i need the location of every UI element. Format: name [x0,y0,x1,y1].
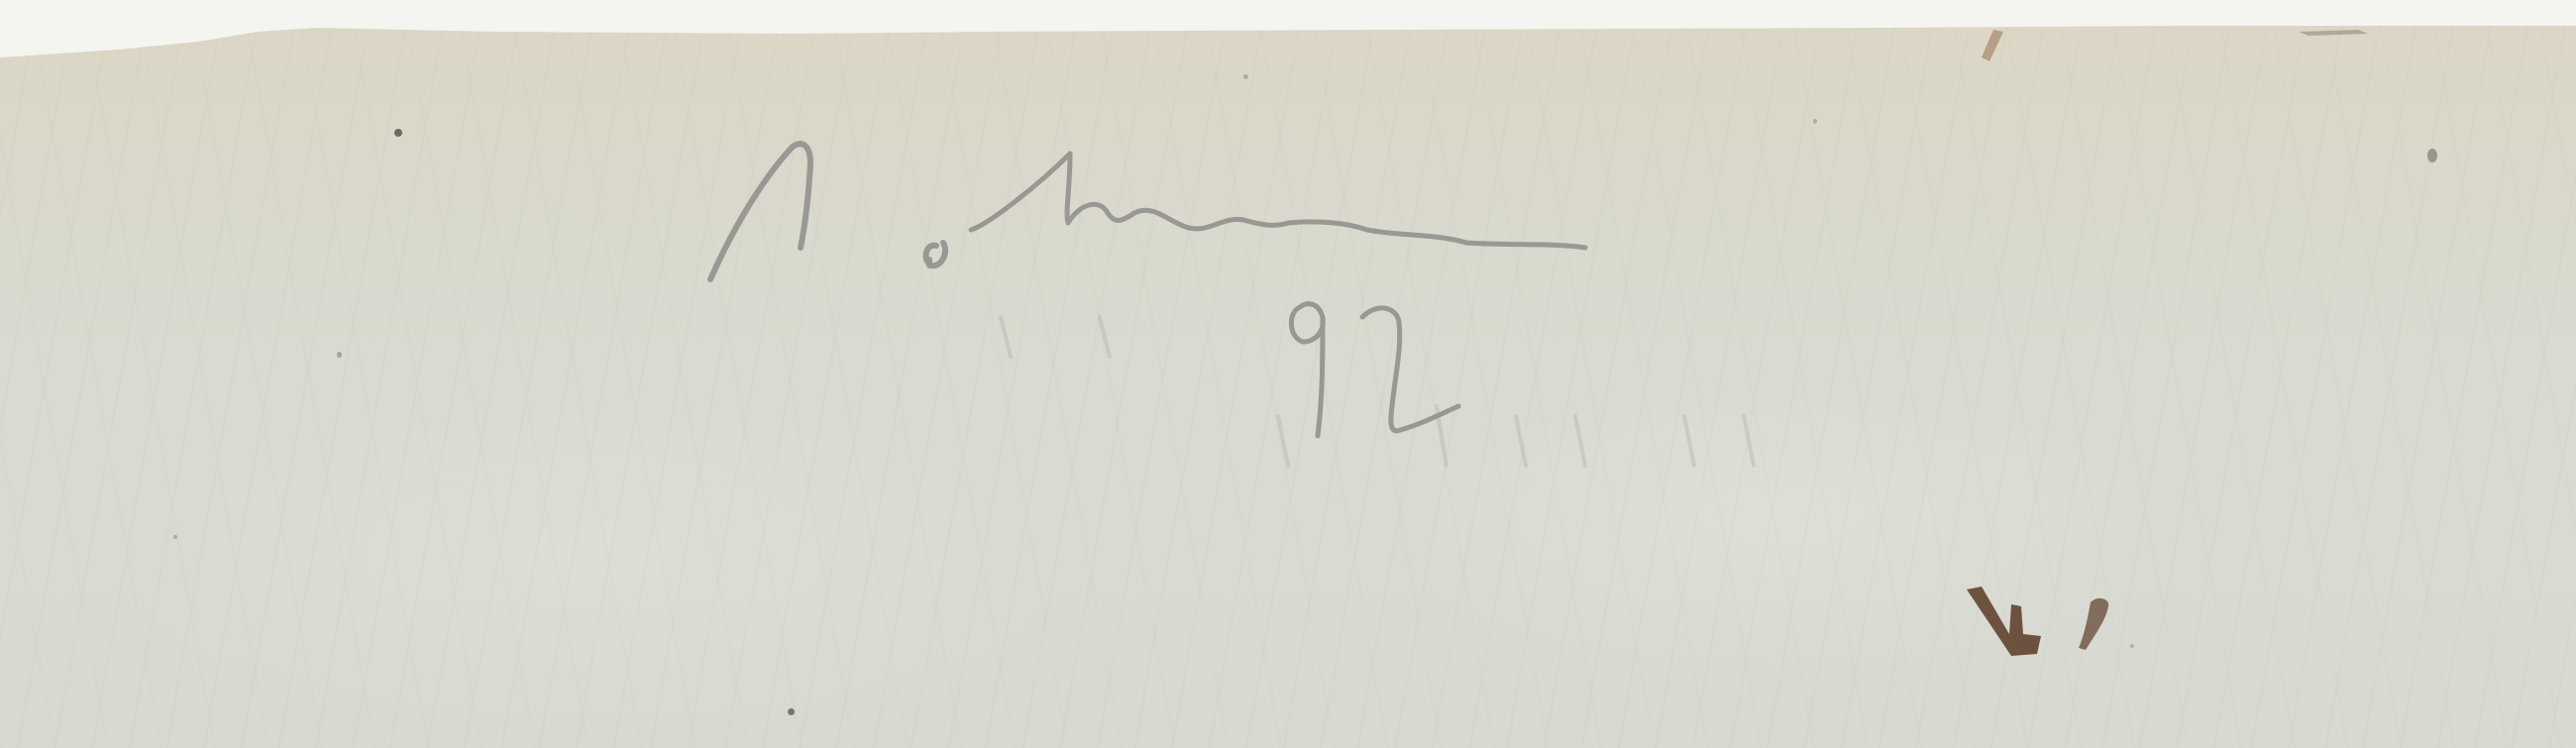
brown-stain [1967,587,2108,656]
pencil-writing [0,0,2576,748]
edge-stain [1982,30,2003,61]
signature [710,144,810,279]
year [1291,304,1323,436]
